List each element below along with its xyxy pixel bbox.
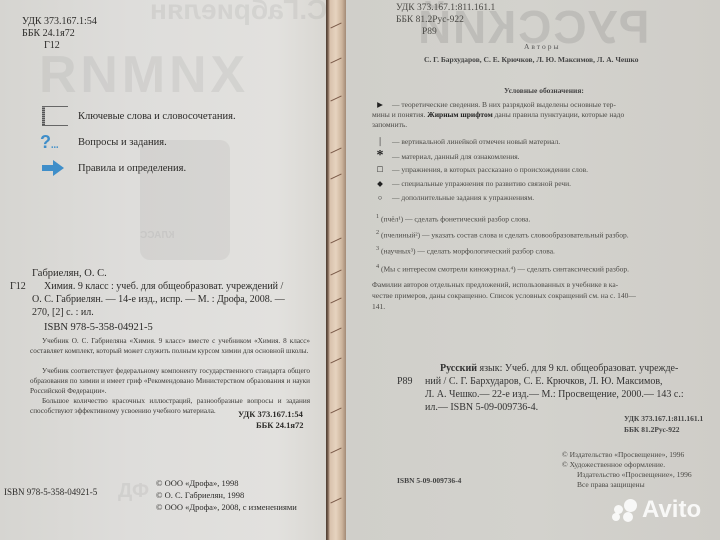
bleed-through-logo: ДФ <box>118 480 149 503</box>
bbk-code: ББК 81.2Рус-922 <box>396 14 464 26</box>
parsing-number: 2 <box>376 229 379 236</box>
bib-title: Русский <box>440 363 477 374</box>
bib-line: Русский язык: Учеб. для 9 кл. общеобразо… <box>440 363 678 374</box>
parsing-3: 3 (научных³) — сделать морфологический р… <box>376 244 555 257</box>
symbol-etymology: ☐— упражнения, в которых рассказано о пр… <box>372 165 588 175</box>
asterisk-icon: * <box>372 151 388 161</box>
author-mark: Г12 <box>44 40 60 52</box>
legend-label: Правила и определения. <box>78 163 186 174</box>
bleed-through-class: КЛАСС <box>140 230 175 241</box>
udk-code: УДК 373.167.1:54 <box>22 16 97 28</box>
diamond-icon: ◆ <box>372 179 388 189</box>
parsing-number: 4 <box>376 263 379 270</box>
legend-keywords: Ключевые слова и словосочетания. <box>40 106 236 126</box>
legend-label: Ключевые слова и словосочетания. <box>78 111 236 122</box>
authors-list: С. Г. Бархударов, С. Е. Крючков, Л. Ю. М… <box>424 55 639 64</box>
symbol-info: *— материал, данный для ознакомления. <box>372 151 520 162</box>
note-line: честве примеров, даны сокращенно. Список… <box>372 291 636 301</box>
note-line: 141. <box>372 302 385 312</box>
copyright-line: © ООО «Дрофа», 2008, с изменениями <box>156 502 297 513</box>
symbol-speech: ◆— специальные упражнения по развитию св… <box>372 179 571 189</box>
triangle-pointer-icon: ▶ <box>372 100 388 110</box>
bib-isbn: ISBN 978-5-358-04921-5 <box>44 322 153 333</box>
symbol-text: мины и понятия. <box>372 110 425 119</box>
bbk-code: ББК 24.1я72 <box>22 28 75 40</box>
authors-heading: Авторы <box>524 42 561 51</box>
bold-term: Жирным шрифтом <box>427 110 492 119</box>
parsing-4: 4 (Мы с интересом смотрели киножурнал.⁴)… <box>376 262 629 275</box>
parsing-2: 2 (пчелиный²) — указать состав слова и с… <box>376 228 629 241</box>
bib-code: Г12 <box>10 281 26 292</box>
symbol-theory-cont: запомнить. <box>372 120 407 130</box>
isbn-bottom: ISBN 5-09-009736-4 <box>397 476 461 485</box>
symbol-text: — дополнительные задания к упражнениям. <box>392 193 534 202</box>
bib-line: ний / С. Г. Бархударов, С. Е. Крючков, Л… <box>425 376 663 387</box>
symbol-theory: ▶— теоретические сведения. В них разрядк… <box>372 100 616 110</box>
symbol-text: даны правила пунктуации, которые надо <box>495 110 625 119</box>
avito-logo-icon <box>612 499 638 521</box>
bib-line: 270, [2] с. : ил. <box>32 307 94 318</box>
bib-code: Р89 <box>397 376 413 387</box>
symbol-new-material: │— вертикальной линейкой отмечен новый м… <box>372 137 560 147</box>
avito-wordmark: Avito <box>642 496 701 524</box>
symbol-text: — упражнения, в которых рассказано о про… <box>392 165 588 174</box>
annotation-paragraph: Учебник соответствует федеральному компо… <box>30 366 310 396</box>
isbn-bottom: ISBN 978-5-358-04921-5 <box>4 487 97 497</box>
left-book-page: О.С.Габриелян ХИМИЯ УДК 373.167.1:54 ББК… <box>0 0 326 540</box>
avito-watermark: Avito <box>612 496 701 524</box>
parsing-text: (пчелиный²) — указать состав слова и сде… <box>381 231 629 240</box>
legend-rules: Правила и определения. <box>40 158 186 178</box>
question-mark-icon: ?... <box>40 132 70 152</box>
bib-line: Химия. 9 класс : учеб. для общеобразоват… <box>44 281 283 292</box>
symbol-text: — материал, данный для ознакомления. <box>392 152 520 161</box>
parsing-number: 1 <box>376 213 379 220</box>
bib-line: Л. А. Чешко.— 22-е изд.— М.: Просвещение… <box>425 389 684 400</box>
vertical-line-icon: │ <box>372 137 388 147</box>
bleed-through-author: О.С.Габриелян <box>150 0 326 26</box>
bib-line: ил.— ISBN 5-09-009736-4. <box>425 402 538 413</box>
square-icon: ☐ <box>372 165 388 175</box>
keywords-bracket-icon <box>40 106 70 126</box>
parsing-text: (научных³) — сделать морфологический раз… <box>381 247 555 256</box>
parsing-number: 3 <box>376 245 379 252</box>
copyright-line: © Художественное оформление. <box>562 460 665 469</box>
author-mark: Р89 <box>422 26 437 38</box>
bbk-code-bottom: ББК 81.2Рус-922 <box>624 425 680 434</box>
circle-icon: ○ <box>372 193 388 203</box>
bleed-through-title: ХИМИЯ <box>35 45 245 105</box>
legend-questions: ?... Вопросы и задания. <box>40 132 167 152</box>
bbk-code-bottom: ББК 24.1я72 <box>256 419 304 431</box>
note-line: Фамилии авторов отдельных предложений, и… <box>372 280 618 290</box>
parsing-text: (пчёл¹) — сделать фонетический разбор сл… <box>381 215 530 224</box>
symbol-text: — теоретические сведения. В них разрядко… <box>392 100 616 109</box>
legend-label: Вопросы и задания. <box>78 137 167 148</box>
symbol-extra: ○— дополнительные задания к упражнениям. <box>372 193 534 203</box>
symbols-heading: Условные обозначения: <box>504 86 584 95</box>
annotation-paragraph: Учебник О. С. Габриеляна «Химия. 9 класс… <box>30 336 310 356</box>
copyright-line: Все права защищены <box>577 480 645 489</box>
copyright-line: Издательство «Просвещение», 1996 <box>577 470 692 479</box>
udk-code: УДК 373.167.1:811.161.1 <box>396 2 495 14</box>
bib-line: О. С. Габриелян. — 14-е изд., испр. — М.… <box>32 294 285 305</box>
symbol-theory-cont: мины и понятия. Жирным шрифтом даны прав… <box>372 110 624 120</box>
copyright-line: © ООО «Дрофа», 1998 <box>156 478 238 489</box>
bib-author: Габриелян, О. С. <box>32 268 107 279</box>
symbol-text: — вертикальной линейкой отмечен новый ма… <box>392 137 560 146</box>
copyright-line: © Издательство «Просвещение», 1996 <box>562 450 684 459</box>
blue-arrow-icon <box>40 158 70 178</box>
book-spine <box>326 0 346 540</box>
parsing-1: 1 (пчёл¹) — сделать фонетический разбор … <box>376 212 530 225</box>
parsing-text: (Мы с интересом смотрели киножурнал.⁴) —… <box>381 265 629 274</box>
copyright-line: © О. С. Габриелян, 1998 <box>156 490 244 501</box>
bib-text: язык: Учеб. для 9 кл. общеобразоват. учр… <box>479 363 678 374</box>
udk-code-bottom: УДК 373.167.1:811.161.1 <box>624 414 703 423</box>
symbol-text: — специальные упражнения по развитию свя… <box>392 179 571 188</box>
